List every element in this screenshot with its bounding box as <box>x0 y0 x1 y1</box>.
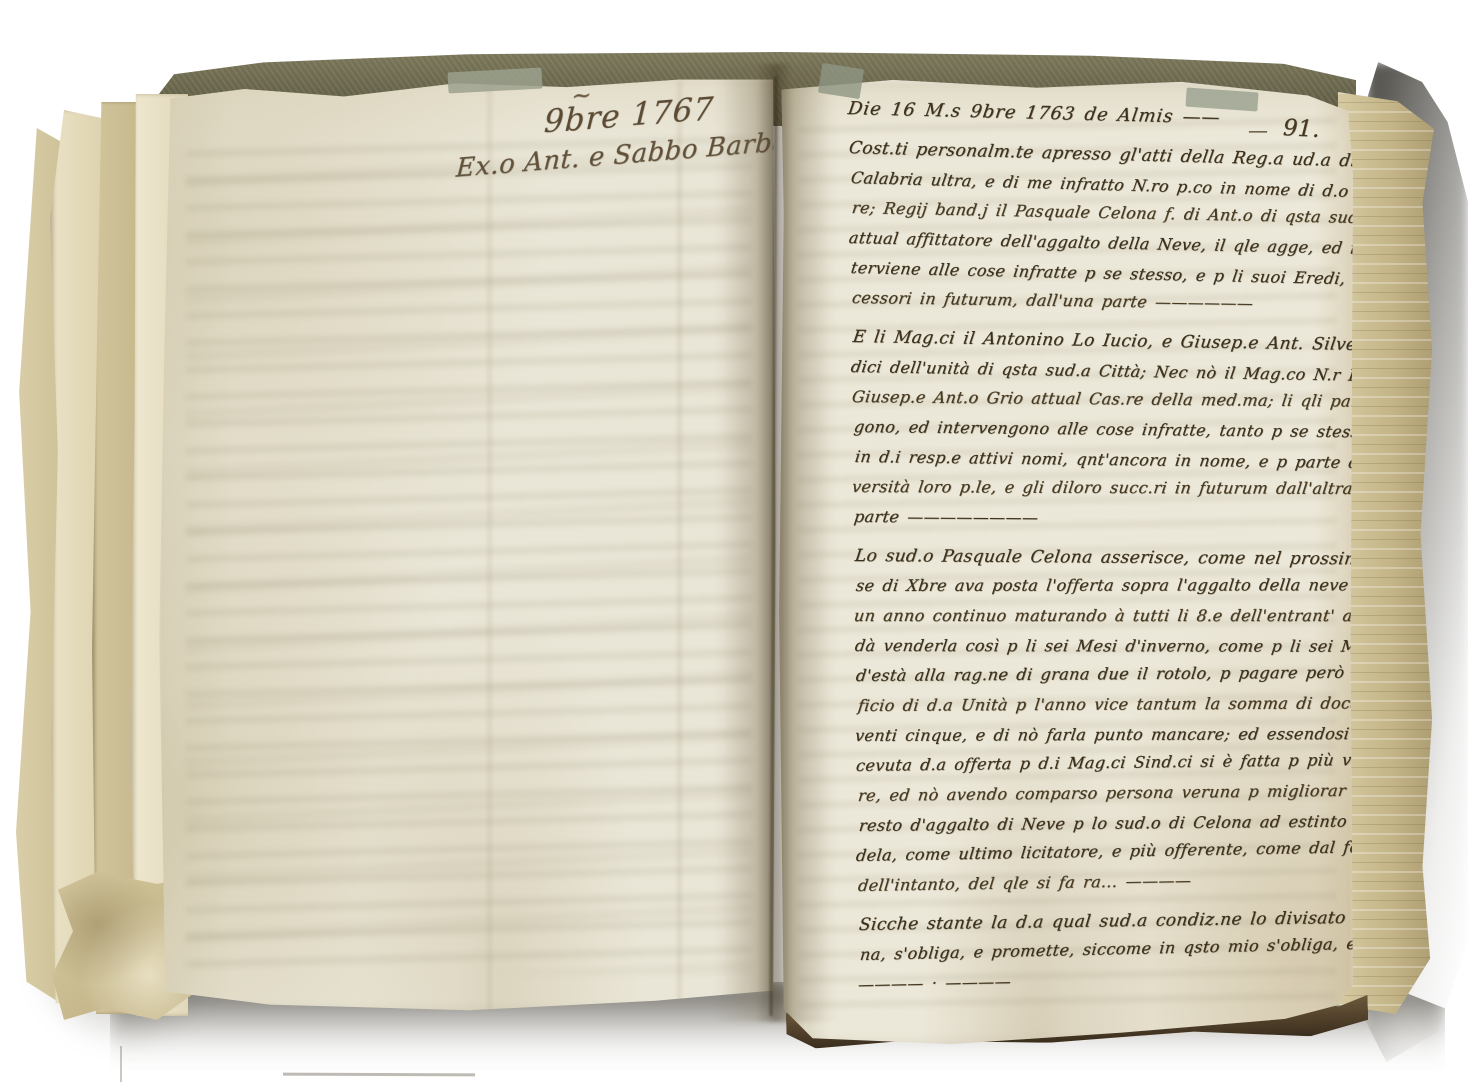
handwritten-line: parte ———————— <box>852 502 1350 535</box>
handwritten-line: un anno continuo maturando à tutti li 8.… <box>852 601 1350 631</box>
paragraph: Lo sud.o Pasquale Celona asserisce, come… <box>848 541 1348 901</box>
fold-crease <box>488 84 491 1014</box>
table-edge-line <box>283 1073 475 1077</box>
right-page-text: Die 16 M.s 9bre 1763 de Almis ——Cost.ti … <box>848 94 1348 1000</box>
handwritten-line: dà venderla così p li sei Mesi d'inverno… <box>853 631 1350 662</box>
handwritten-line: Die 16 M.s 9bre 1763 de Almis —— <box>846 94 1349 136</box>
handwritten-line: d'està alla rag.ne di grana due il rotol… <box>855 658 1351 691</box>
left-page: ~ 9bre 1767 Ex.o Ant. e Sabbo Barbaro —— <box>158 74 778 1014</box>
fold-crease <box>678 80 681 1014</box>
handwritten-line: se di Xbre ava posta l'offerta sopra l'a… <box>854 570 1349 601</box>
handwritten-line: cessori in futurum, dall'una parte —————… <box>850 283 1349 320</box>
handwritten-line: Giusep.e Ant.o Grio attual Cas.re della … <box>850 382 1349 416</box>
handwritten-line: ficio di d.a Unità p l'anno vice tantum … <box>856 688 1350 721</box>
handwritten-line: Lo sud.o Pasquale Celona asserisce, come… <box>853 541 1350 574</box>
archival-inscription: ~ 9bre 1767 Ex.o Ant. e Sabbo Barbaro —— <box>483 74 778 187</box>
paragraph: Sicche stante la d.a qual sud.a condiz.n… <box>848 910 1348 1000</box>
paragraph: E li Mag.ci il Antonino Lo Iucio, e Gius… <box>848 322 1348 532</box>
handwritten-line: re, ed nò avendo comparso persona veruna… <box>856 776 1350 811</box>
manuscript-photo: ~ 9bre 1767 Ex.o Ant. e Sabbo Barbaro ——… <box>0 0 1476 1082</box>
paragraph: Die 16 M.s 9bre 1763 de Almis —— <box>848 94 1348 124</box>
paragraph: Cost.ti personalm.te apresso gl'atti del… <box>848 133 1348 313</box>
handwritten-line: versità loro p.le, e gli diloro succ.ri … <box>850 472 1349 504</box>
bleed-through-text <box>186 130 752 974</box>
right-page: — 91. Die 16 M.s 9bre 1763 de Almis ——Co… <box>778 78 1354 1048</box>
handwritten-line: cevuta d.a offerta p d.i Mag.ci Sind.ci … <box>855 745 1351 781</box>
handwritten-line: dell'intanto, del qle si fa ra... ———— <box>856 863 1350 901</box>
repair-tape <box>818 63 864 99</box>
